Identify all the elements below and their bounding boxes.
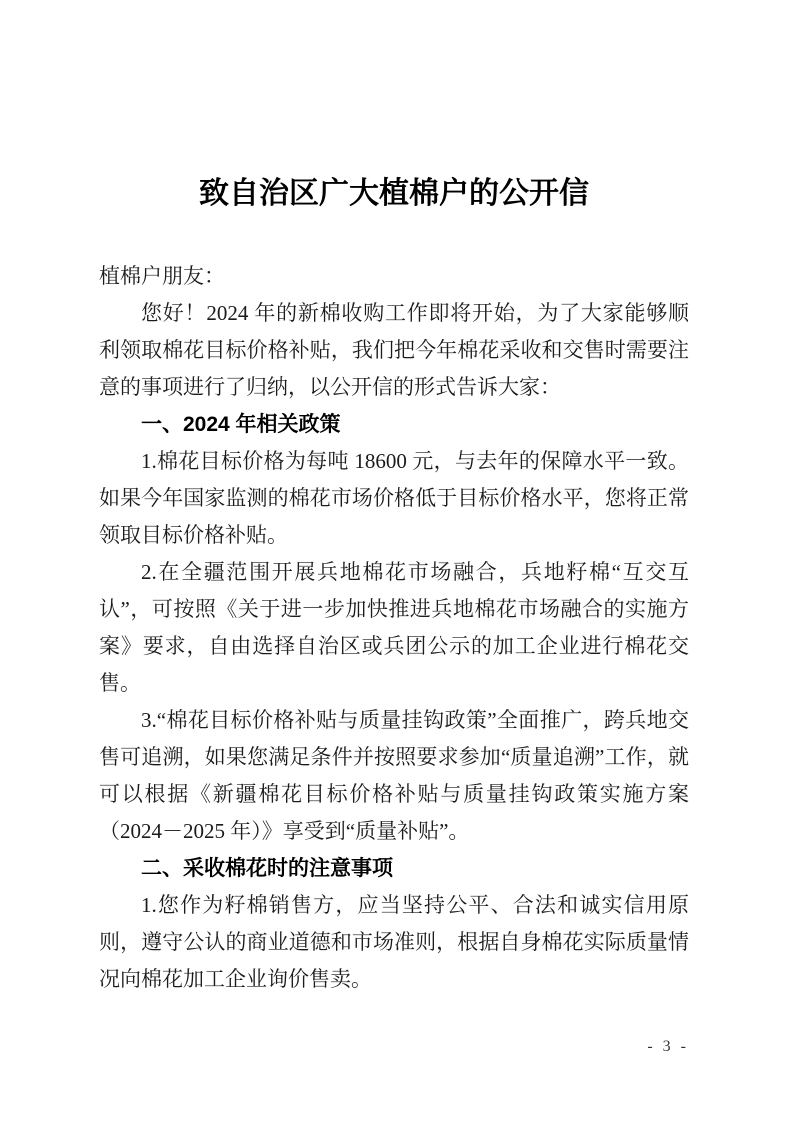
body-paragraph: 您好！2024 年的新棉收购工作即将开始，为了大家能够顺利领取棉花目标价格补贴，… bbox=[99, 295, 689, 406]
document-body: 植棉户朋友：您好！2024 年的新棉收购工作即将开始，为了大家能够顺利领取棉花目… bbox=[99, 258, 689, 998]
body-paragraph: 3.“棉花目标价格补贴与质量挂钩政策”全面推广，跨兵地交售可追溯，如果您满足条件… bbox=[99, 702, 689, 850]
section-heading: 一、2024 年相关政策 bbox=[99, 406, 689, 443]
section-heading: 二、采收棉花时的注意事项 bbox=[99, 850, 689, 887]
body-paragraph: 2.在全疆范围开展兵地棉花市场融合，兵地籽棉“互交互认”，可按照《关于进一步加快… bbox=[99, 554, 689, 702]
document-title: 致自治区广大植棉户的公开信 bbox=[99, 174, 689, 214]
body-paragraph: 1.棉花目标价格为每吨 18600 元，与去年的保障水平一致。如果今年国家监测的… bbox=[99, 443, 689, 554]
page-number: - 3 - bbox=[647, 1036, 689, 1058]
document-page: 致自治区广大植棉户的公开信 植棉户朋友：您好！2024 年的新棉收购工作即将开始… bbox=[0, 0, 793, 1122]
body-paragraph: 1.您作为籽棉销售方，应当坚持公平、合法和诚实信用原则，遵守公认的商业道德和市场… bbox=[99, 887, 689, 998]
salutation-line: 植棉户朋友： bbox=[99, 258, 689, 295]
